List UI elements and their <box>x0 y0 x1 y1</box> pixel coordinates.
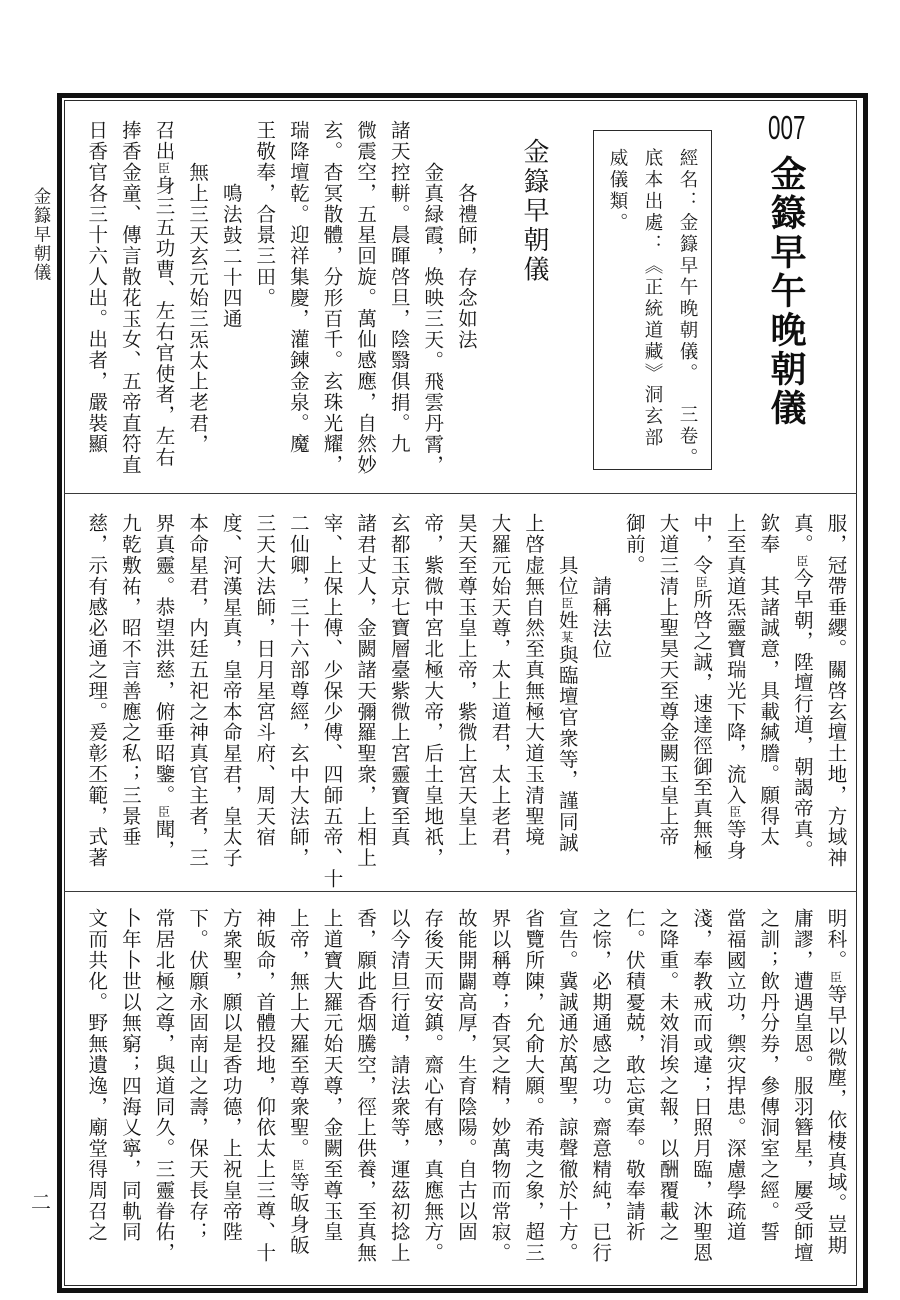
column-text: 常居北極之尊，與道同久。三靈眷佑， <box>153 908 176 1263</box>
text-column: 召出臣身三五功曹、左右官使者，左右 <box>154 120 174 468</box>
column-text: 慈，示有感必通之理。爰彰丕範，式著 <box>85 513 108 868</box>
scripture-title: 金籙早午晚朝儀 <box>767 155 804 428</box>
column-text: 明科。 <box>825 908 848 971</box>
text-column: 諸君丈人，金闕諸天彌羅聖衆，上相上 <box>355 513 375 868</box>
column-text: 大羅元始天尊，太上道君，太上老君， <box>489 513 512 868</box>
column-text: 大道三清上聖昊天至尊金闕玉皇上帝 <box>657 513 680 847</box>
text-column: 慈，示有感必通之理。爰彰丕範，式著 <box>86 513 106 868</box>
text-column: 界以稱尊；杳冥之精，妙萬物而常寂。 <box>490 908 510 1263</box>
column-text: 宣告。冀誠通於萬聖，諒聲徹於十方。 <box>556 908 579 1263</box>
column-text: 之悰，必期通感之功。齋意精純，已行 <box>589 908 612 1263</box>
column-text: 各禮師，存念如法 <box>455 183 478 350</box>
column-text: 以今清旦行道，請法衆等，運茲初捻上 <box>388 908 411 1263</box>
column-text: 香，願此香烟騰空，徑上供養，至真無 <box>354 908 377 1263</box>
column-text: 度、河漢星真，皇帝本命星君，皇太子 <box>220 513 243 868</box>
column-text: 當福國立功，禦灾捍患。深慮學疏道 <box>724 908 747 1242</box>
column-text: 身三五功曹、左右官使者，左右 <box>153 175 176 468</box>
text-column: 微震空，五星回旋。萬仙感應，自然妙 <box>355 120 375 475</box>
honorific-small-char: 臣 <box>157 806 171 819</box>
column-text: 具位 <box>556 555 579 597</box>
text-column: 之訓；飲丹分券，參傳洞室之經。誓 <box>758 908 778 1242</box>
column-text: 昊天至尊玉皇上帝，紫微上宮天皇上 <box>455 513 478 847</box>
text-column: 下。伏願永固南山之壽，保天長存； <box>187 908 207 1242</box>
text-column: 各禮師，存念如法 <box>456 183 476 350</box>
column-text: 二仙卿，三十六部尊經，玄中大法師， <box>287 513 310 868</box>
text-column: 界真靈。恭望洪慈，俯垂昭鑒。臣聞， <box>154 513 174 861</box>
honorific-small-char: 臣 <box>291 1159 305 1172</box>
column-text: 下。伏願永固南山之壽，保天長存； <box>186 908 209 1242</box>
text-column: 玄。杳冥散體，分形百千。玄珠光耀， <box>322 120 342 475</box>
text-column: 欽奉 其諸誠意，具載緘謄。願得太 <box>758 513 778 847</box>
column-text: 瑞降壇乾。迎祥集慶，灌鍊金泉。魔 <box>287 120 310 454</box>
placeholder-small-char: 某 <box>560 631 574 644</box>
column-text: 九乾敷祐，昭不言善應之私；三景垂 <box>119 513 142 847</box>
text-column: 金真緑霞，焕映三天。飛雲丹霄， <box>422 162 442 476</box>
column-text: 服，冠帶垂纓。關啓玄壇土地，方域神 <box>825 513 848 868</box>
column-text: 界真靈。恭望洪慈，俯垂昭鑒。 <box>153 513 176 806</box>
text-column: 昊天至尊玉皇上帝，紫微上宮天皇上 <box>456 513 476 847</box>
column-text: 真。 <box>791 513 814 555</box>
text-column: 存後天而安鎮。齋心有感，真應無方。 <box>422 908 442 1263</box>
column-text: 姓 <box>556 610 579 631</box>
text-column: 九乾敷祐，昭不言善應之私；三景垂 <box>120 513 140 847</box>
info-line-scripture-name: 經名：金籙早午晚朝儀。三卷。 <box>677 148 697 469</box>
text-column: 大羅元始天尊，太上道君，太上老君， <box>490 513 510 868</box>
text-column: 三天大法師，日月星宮斗府、周天宿 <box>254 513 274 847</box>
text-column: 無上三天玄元始三炁太上老君， <box>187 162 207 455</box>
column-text: 帝，紫微中宮北極大帝，后土皇地祇， <box>421 513 444 868</box>
text-column: 日香官各三十六人出。出者，嚴裝顯 <box>86 120 106 454</box>
running-title: 金籙早朝儀 <box>31 187 50 282</box>
column-text: 神皈命，首體投地，仰依太上三尊、十 <box>253 908 276 1263</box>
column-text: 諸天控軿。晨暉啓旦，陰翳俱捐。九 <box>388 120 411 454</box>
column-text: 文而共化。野無遺逸，廟堂得周召之 <box>85 908 108 1242</box>
text-column: 文而共化。野無遺逸，廟堂得周召之 <box>86 908 106 1242</box>
text-column: 上至真道炁靈寶瑞光下降，流入臣等身 <box>725 513 745 861</box>
column-text: 等皈身皈 <box>287 1172 310 1256</box>
column-text: 今早朝，陞壇行道，朝謁帝真。 <box>791 568 814 861</box>
column-text: 日香官各三十六人出。出者，嚴裝顯 <box>85 120 108 454</box>
info-line-source: 底本出處：《正統道藏》洞玄部 <box>642 148 662 449</box>
band-divider-bottom <box>64 891 857 892</box>
column-text: 所啓之誠，速達徑御至真無極 <box>690 589 713 861</box>
text-column: 玄都玉京七寶層臺紫微上宮靈寶至真 <box>389 513 409 847</box>
text-column: 以今清旦行道，請法衆等，運茲初捻上 <box>389 908 409 1263</box>
text-column: 二仙卿，三十六部尊經，玄中大法師， <box>288 513 308 868</box>
column-text: 中，令 <box>690 513 713 576</box>
column-text: 之訓；飲丹分券，參傳洞室之經。誓 <box>757 908 780 1242</box>
column-text: 捧香金童、傳言散花玉女、五帝直符直 <box>119 120 142 475</box>
column-text: 鳴法鼓二十四通 <box>220 183 243 329</box>
text-column: 請稱法位 <box>590 576 610 660</box>
column-text: 金真緑霞，焕映三天。飛雲丹霄， <box>421 162 444 476</box>
text-column: 本命星君，内廷五祀之神真官主者，三 <box>187 513 207 868</box>
column-text: 請稱法位 <box>589 576 612 660</box>
text-column: 具位臣姓某與臨壇官衆等，謹同誠 <box>557 555 577 853</box>
text-column: 常居北極之尊，與道同久。三靈眷佑， <box>154 908 174 1263</box>
text-column: 香，願此香烟騰空，徑上供養，至真無 <box>355 908 375 1263</box>
column-text: 存後天而安鎮。齋心有感，真應無方。 <box>421 908 444 1263</box>
text-column: 大道三清上聖昊天至尊金闕玉皇上帝 <box>658 513 678 847</box>
honorific-small-char: 臣 <box>694 576 708 589</box>
text-column: 真。臣今早朝，陞壇行道，朝謁帝真。 <box>792 513 812 861</box>
scripture-name: 經名：金籙早午晚朝儀。 <box>677 148 698 385</box>
column-text: 召出 <box>153 120 176 162</box>
column-text: 御前。 <box>623 513 646 576</box>
column-text: 玄都玉京七寶層臺紫微上宮靈寶至真 <box>388 513 411 847</box>
text-column: 宰、上保上傅、少保少傅、四師五帝、十 <box>322 513 342 889</box>
text-column: 度、河漢星真，皇帝本命星君，皇太子 <box>221 513 241 868</box>
text-column: 卜年卜世以無窮；四海乂寧，同軌同 <box>120 908 140 1242</box>
page-number: 二 <box>30 1186 52 1215</box>
column-text: 省覽所陳，允俞大願。希夷之象，超三 <box>522 908 545 1263</box>
column-text: 等身 <box>724 819 747 861</box>
column-text: 王敬奉，合景三田。 <box>253 120 276 308</box>
text-column: 帝，紫微中宮北極大帝，后土皇地祇， <box>422 513 442 868</box>
column-text: 上帝，無上大羅至尊衆聖。 <box>287 908 310 1159</box>
column-text: 欽奉 其諸誠意，具載緘謄。願得太 <box>757 513 780 847</box>
text-column: 當福國立功，禦灾捍患。深慮學疏道 <box>725 908 745 1242</box>
text-column: 之悰，必期通感之功。齋意精純，已行 <box>590 908 610 1263</box>
honorific-small-char: 臣 <box>829 971 843 984</box>
text-column: 服，冠帶垂纓。關啓玄壇土地，方域神 <box>826 513 846 868</box>
info-line-category: 威儀類。 <box>607 148 627 234</box>
column-text: 上啓虚無自然至真無極大道玉清聖境 <box>522 513 545 847</box>
honorific-small-char: 臣 <box>728 806 742 819</box>
honorific-small-char: 臣 <box>795 555 809 568</box>
column-text: 宰、上保上傅、少保少傅、四師五帝、十 <box>321 513 344 889</box>
text-column: 之降重。未效涓埃之報，以酬覆載之 <box>658 908 678 1242</box>
column-text: 與臨壇官衆等，謹同誠 <box>556 644 579 853</box>
column-text: 上至真道炁靈寶瑞光下降，流入 <box>724 513 747 806</box>
text-column: 神皈命，首體投地，仰依太上三尊、十 <box>254 908 274 1263</box>
text-column: 上帝，無上大羅至尊衆聖。臣等皈身皈 <box>288 908 308 1256</box>
text-column: 御前。 <box>624 513 644 576</box>
column-text: 庸謬，遭遇皇恩。服羽簪星，屢受師壇 <box>791 908 814 1263</box>
column-text: 仁。伏積憂兢，敢忘寅奉。敬奉請祈 <box>623 908 646 1242</box>
column-text: 玄。杳冥散體，分形百千。玄珠光耀， <box>321 120 344 475</box>
text-column: 鳴法鼓二十四通 <box>221 183 241 329</box>
column-text: 本命星君，内廷五祀之神真官主者，三 <box>186 513 209 868</box>
text-column: 庸謬，遭遇皇恩。服羽簪星，屢受師壇 <box>792 908 812 1263</box>
text-column: 仁。伏積憂兢，敢忘寅奉。敬奉請祈 <box>624 908 644 1242</box>
column-text: 三天大法師，日月星宮斗府、周天宿 <box>253 513 276 847</box>
text-column: 宣告。冀誠通於萬聖，諒聲徹於十方。 <box>557 908 577 1263</box>
column-text: 方衆聖，願以是香功德，上祝皇帝陛 <box>220 908 243 1242</box>
scripture-number: 007 <box>768 110 802 146</box>
honorific-small-char: 臣 <box>560 597 574 610</box>
section-title: 金籙早朝儀 <box>520 138 547 285</box>
text-column: 方衆聖，願以是香功德，上祝皇帝陛 <box>221 908 241 1242</box>
text-column: 省覽所陳，允俞大願。希夷之象，超三 <box>523 908 543 1263</box>
column-text: 上道寶大羅元始天尊，金闕至尊玉皇 <box>321 908 344 1242</box>
column-text: 界以稱尊；杳冥之精，妙萬物而常寂。 <box>489 908 512 1263</box>
text-column: 捧香金童、傳言散花玉女、五帝直符直 <box>120 120 140 475</box>
column-text: 無上三天玄元始三炁太上老君， <box>186 162 209 455</box>
band-divider-top <box>64 493 857 494</box>
column-text: 故能開闢高厚，生育陰陽。自古以固 <box>455 908 478 1242</box>
column-text: 卜年卜世以無窮；四海乂寧，同軌同 <box>119 908 142 1242</box>
column-text: 之降重。未效涓埃之報，以酬覆載之 <box>657 908 680 1242</box>
text-column: 明科。臣等早以微塵，依棲真域。豈期 <box>826 908 846 1256</box>
text-column: 淺，奉教戒而或違；日照月臨，沐聖恩 <box>691 908 711 1263</box>
column-text: 諸君丈人，金闕諸天彌羅聖衆，上相上 <box>354 513 377 868</box>
column-text: 淺，奉教戒而或違；日照月臨，沐聖恩 <box>690 908 713 1263</box>
text-column: 諸天控軿。晨暉啓旦，陰翳俱捐。九 <box>389 120 409 454</box>
text-column: 故能開闢高厚，生育陰陽。自古以固 <box>456 908 476 1242</box>
text-column: 上啓虚無自然至真無極大道玉清聖境 <box>523 513 543 847</box>
text-column: 上道寶大羅元始天尊，金闕至尊玉皇 <box>322 908 342 1242</box>
column-text: 聞， <box>153 819 176 861</box>
text-column: 中，令臣所啓之誠，速達徑御至真無極 <box>691 513 711 861</box>
honorific-small-char: 臣 <box>157 162 171 175</box>
volume-count: 三卷。 <box>677 405 698 470</box>
text-column: 瑞降壇乾。迎祥集慶，灌鍊金泉。魔 <box>288 120 308 454</box>
column-text: 微震空，五星回旋。萬仙感應，自然妙 <box>354 120 377 475</box>
text-column: 王敬奉，合景三田。 <box>254 120 274 308</box>
column-text: 等早以微塵，依棲真域。豈期 <box>825 984 848 1256</box>
